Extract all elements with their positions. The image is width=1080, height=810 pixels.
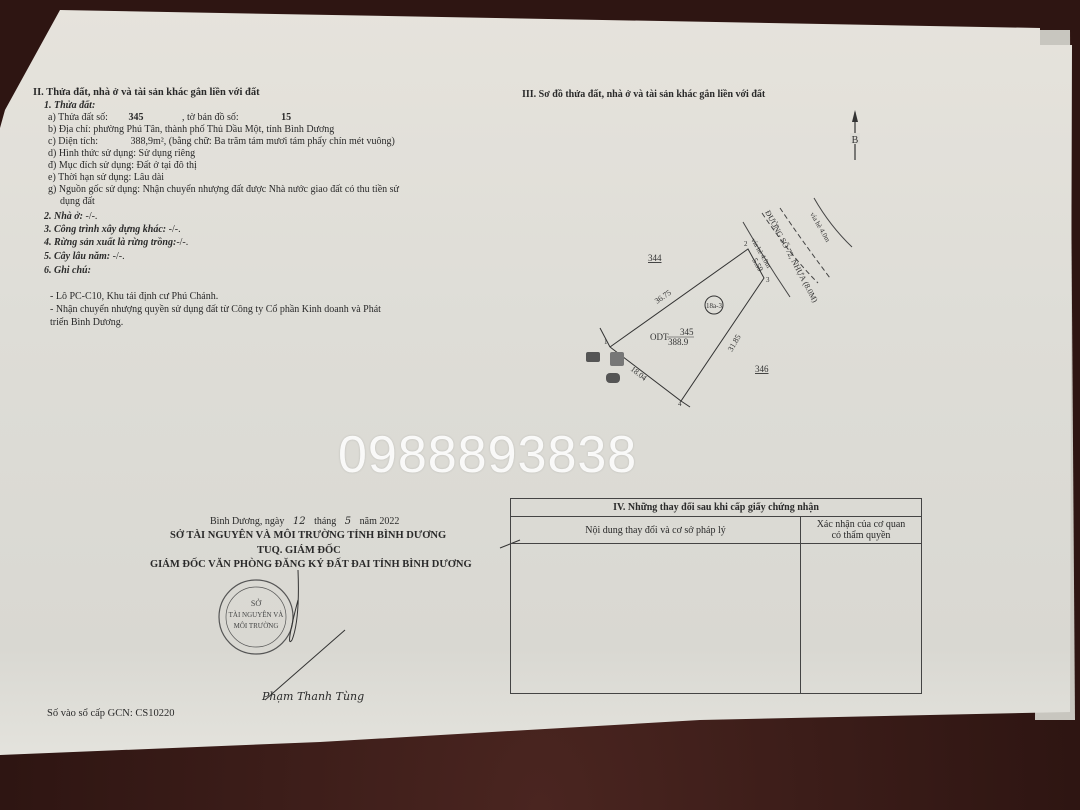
svg-text:MÔI TRƯỜNG: MÔI TRƯỜNG xyxy=(234,622,279,630)
svg-text:18.04: 18.04 xyxy=(629,364,649,382)
svg-text:345: 345 xyxy=(680,327,694,337)
changes-content-cell xyxy=(511,544,801,694)
svg-text:1: 1 xyxy=(604,338,608,346)
svg-text:3: 3 xyxy=(766,276,770,284)
date-month: 5 xyxy=(345,516,351,527)
changes-table-title: IV. Những thay đổi sau khi cấp giấy chứn… xyxy=(511,499,922,517)
svg-text:ĐƯỜNG SỐ 72, NHỰA (8.0M): ĐƯỜNG SỐ 72, NHỰA (8.0M) xyxy=(763,208,820,304)
svg-text:388.9: 388.9 xyxy=(668,337,689,347)
svg-text:31.85: 31.85 xyxy=(726,333,743,353)
issue-date: Bình Dương, ngày 12 tháng 5 năm 2022 xyxy=(210,516,399,527)
svg-text:36.75: 36.75 xyxy=(653,288,673,306)
registry-value: CS10220 xyxy=(135,708,174,719)
confirmation-line-2: có thẩm quyền xyxy=(803,530,919,541)
date-prefix: Bình Dương, ngày xyxy=(210,516,284,527)
svg-text:346: 346 xyxy=(755,364,769,374)
north-label: B xyxy=(852,135,859,146)
redaction-blur xyxy=(586,352,600,362)
date-year: năm 2022 xyxy=(360,516,400,527)
confirmation-line-1: Xác nhận của cơ quan xyxy=(803,519,919,530)
svg-text:344: 344 xyxy=(648,253,662,263)
svg-text:18a-3: 18a-3 xyxy=(706,302,722,310)
authority-line-3: GIÁM ĐỐC VĂN PHÒNG ĐĂNG KÝ ĐẤT ĐAI TỈNH … xyxy=(150,559,472,570)
svg-text:vỉa hè 4.0m: vỉa hè 4.0m xyxy=(808,211,832,244)
registry-number: Số vào sổ cấp GCN: CS10220 xyxy=(47,708,174,719)
svg-text:ODT: ODT xyxy=(650,332,669,342)
date-day: 12 xyxy=(293,516,306,527)
signer-name: Phạm Thanh Tùng xyxy=(262,690,364,703)
north-arrow-icon: B xyxy=(850,110,860,160)
phone-watermark: 0988893838 xyxy=(338,425,637,485)
changes-confirmation-cell xyxy=(801,544,922,694)
svg-text:4: 4 xyxy=(678,400,682,408)
changes-col-confirmation: Xác nhận của cơ quancó thẩm quyền xyxy=(801,517,922,544)
month-label: tháng xyxy=(314,516,336,527)
redaction-blur xyxy=(606,373,620,383)
svg-text:TÀI NGUYÊN VÀ: TÀI NGUYÊN VÀ xyxy=(229,611,284,619)
official-stamp: SỞ TÀI NGUYÊN VÀ MÔI TRƯỜNG xyxy=(219,580,293,654)
changes-table: IV. Những thay đổi sau khi cấp giấy chứn… xyxy=(510,498,922,694)
redaction-blur xyxy=(610,352,624,366)
authority-line-1: SỞ TÀI NGUYÊN VÀ MÔI TRƯỜNG TỈNH BÌNH DƯ… xyxy=(170,530,446,541)
svg-text:SỞ: SỞ xyxy=(251,598,262,608)
registry-label: Số vào sổ cấp GCN: xyxy=(47,708,133,719)
svg-text:2: 2 xyxy=(744,240,748,248)
changes-col-content: Nội dung thay đổi và cơ sở pháp lý xyxy=(511,517,801,544)
authority-line-2: TUQ. GIÁM ĐỐC xyxy=(257,545,341,556)
